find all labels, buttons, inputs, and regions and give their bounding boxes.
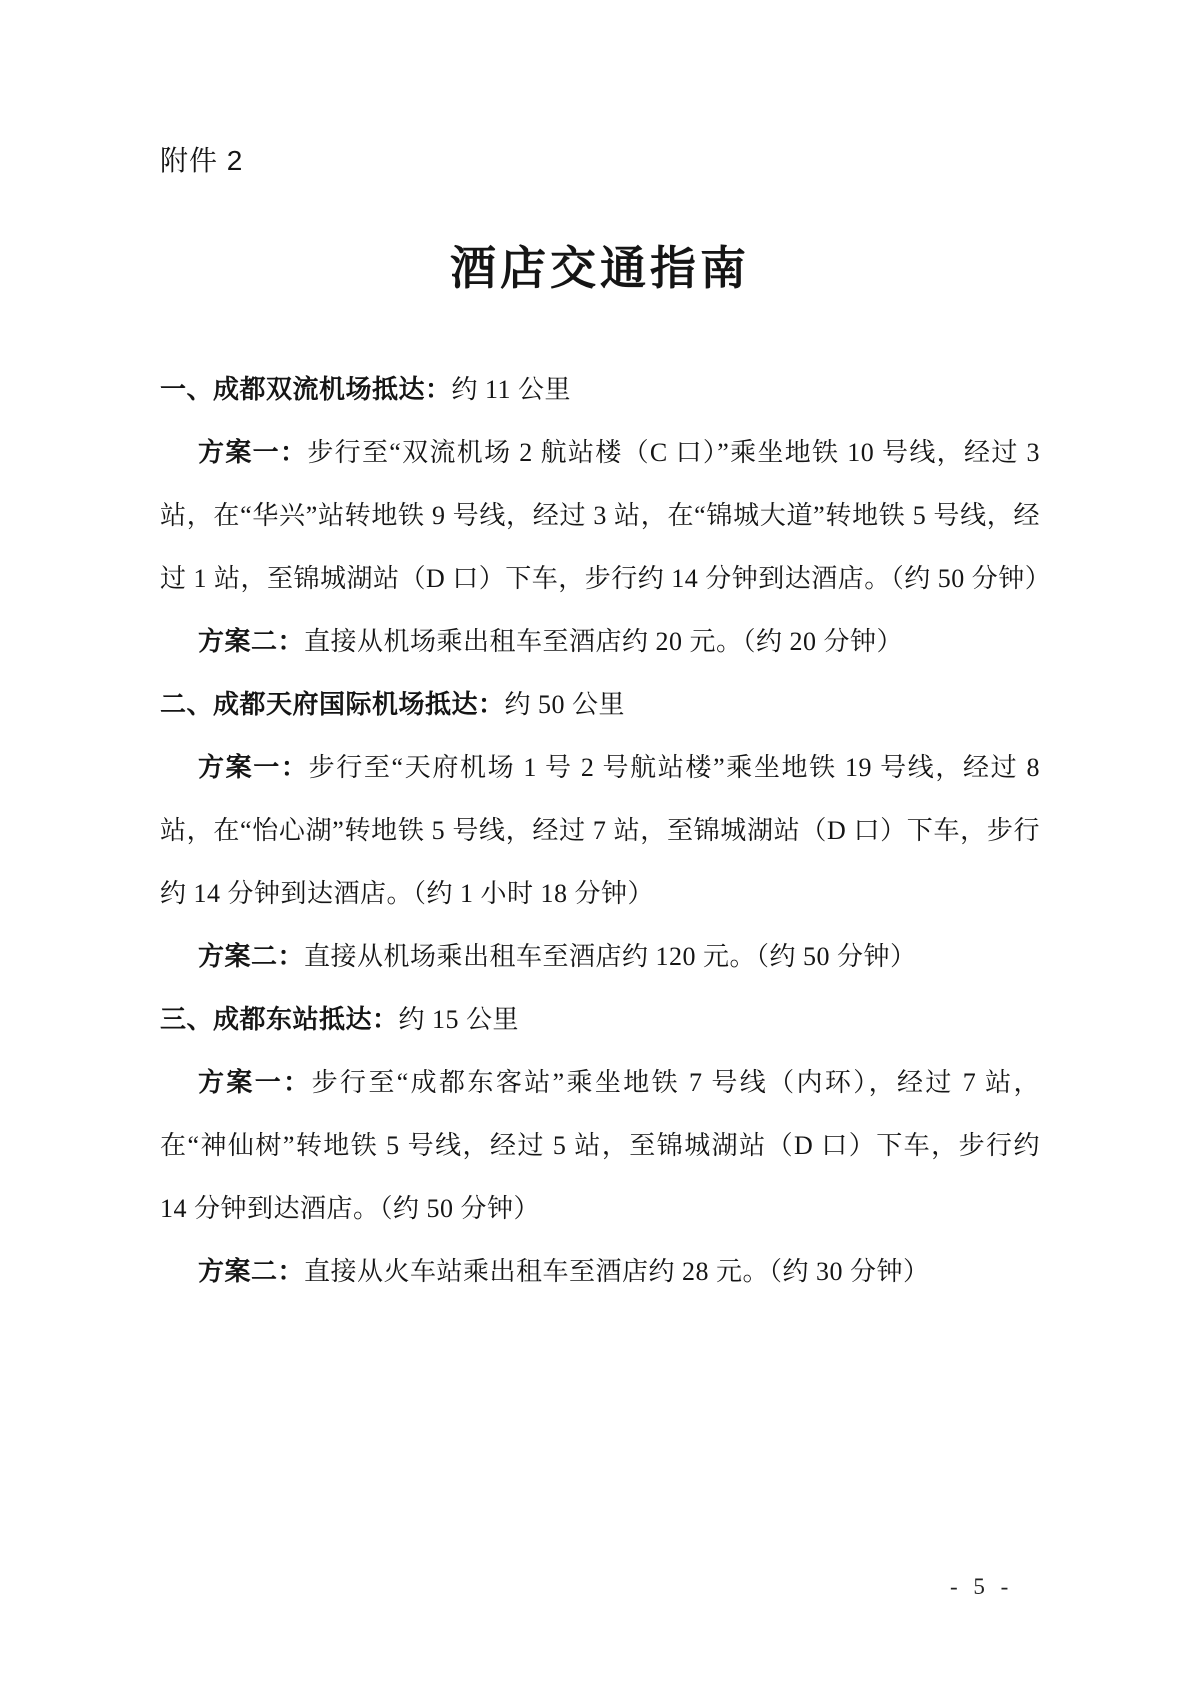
section-2-heading-title: 二、成都天府国际机场抵达： [160,689,505,719]
section-3-plan-1: 方案一：步行至“成都东客站”乘坐地铁 7 号线（内环），经过 7 站，在“神仙树… [160,1051,1040,1240]
section-3-plan-2: 方案二：直接从火车站乘出租车至酒店约 28 元。（约 30 分钟） [160,1240,1040,1303]
section-2-heading-distance: 约 50 公里 [505,690,626,719]
section-3-heading-distance: 约 15 公里 [399,1005,520,1034]
section-2-plan-1: 方案一：步行至“天府机场 1 号 2 号航站楼”乘坐地铁 19 号线，经过 8 … [160,736,1040,925]
section-chengdu-east-station: 三、成都东站抵达：约 15 公里 方案一：步行至“成都东客站”乘坐地铁 7 号线… [160,988,1040,1303]
section-3-heading-title: 三、成都东站抵达： [160,1004,399,1034]
section-2-plan-1-label: 方案一： [198,752,309,782]
section-1-heading-distance: 约 11 公里 [452,375,572,404]
section-shuangliu-airport: 一、成都双流机场抵达：约 11 公里 方案一：步行至“双流机场 2 航站楼（C … [160,358,1040,673]
section-1-heading-title: 一、成都双流机场抵达： [160,374,452,404]
document-page: 附件 2 酒店交通指南 一、成都双流机场抵达：约 11 公里 方案一：步行至“双… [0,0,1200,1697]
section-1-plan-1-label: 方案一： [198,437,307,467]
section-2-heading: 二、成都天府国际机场抵达：约 50 公里 [160,673,1040,736]
document-body: 一、成都双流机场抵达：约 11 公里 方案一：步行至“双流机场 2 航站楼（C … [160,358,1040,1303]
section-2-plan-2-text: 直接从机场乘出租车至酒店约 120 元。（约 50 分钟） [304,942,917,971]
document-title: 酒店交通指南 [0,232,1200,298]
section-3-plan-1-label: 方案一： [198,1067,312,1097]
section-2-plan-2-label: 方案二： [198,941,304,971]
section-tianfu-airport: 二、成都天府国际机场抵达：约 50 公里 方案一：步行至“天府机场 1 号 2 … [160,673,1040,988]
section-3-heading: 三、成都东站抵达：约 15 公里 [160,988,1040,1051]
section-3-plan-2-label: 方案二： [198,1256,304,1286]
section-3-plan-2-text: 直接从火车站乘出租车至酒店约 28 元。（约 30 分钟） [304,1257,930,1286]
section-1-heading: 一、成都双流机场抵达：约 11 公里 [160,358,1040,421]
section-1-plan-1: 方案一：步行至“双流机场 2 航站楼（C 口）”乘坐地铁 10 号线，经过 3 … [160,421,1040,610]
section-1-plan-2-label: 方案二： [198,626,304,656]
section-2-plan-2: 方案二：直接从机场乘出租车至酒店约 120 元。（约 50 分钟） [160,925,1040,988]
attachment-label: 附件 2 [160,139,243,179]
section-1-plan-2: 方案二：直接从机场乘出租车至酒店约 20 元。（约 20 分钟） [160,610,1040,673]
section-1-plan-2-text: 直接从机场乘出租车至酒店约 20 元。（约 20 分钟） [304,627,903,656]
page-number: - 5 - [950,1574,1013,1600]
